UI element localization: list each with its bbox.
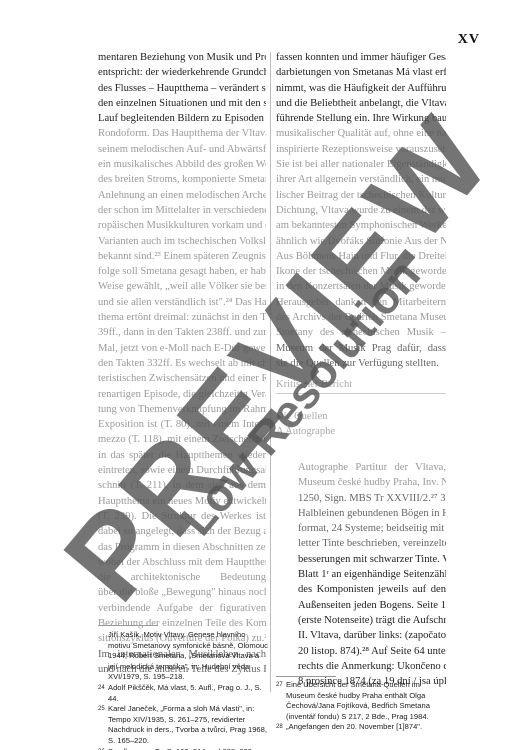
text-line: in den Konzertsälen der Musik geworden. xyxy=(276,279,446,294)
text-line: führende Stellung ein. Ihre Wirkung baut… xyxy=(276,111,446,126)
footnote: 26Smolka, a. a. O., S. 162–214 und 228–2… xyxy=(98,747,268,750)
text-line: teristischen Zwischensätzen und einer Ro… xyxy=(98,371,266,386)
text-line: mezzo (T. 118), mit einem Zwischenstück, xyxy=(98,432,266,447)
source-description: Autographe Partitur der Vltava,Museum če… xyxy=(298,460,446,689)
text-line: Anlehnung an einen melodischen Archetypu… xyxy=(98,188,266,203)
footnote-number: 27 xyxy=(276,680,283,691)
text-line: letter Tinte beschrieben, vereinzelte Ve… xyxy=(298,536,446,551)
footnote-text: Jiří Kašík, Motiv Vltavy. Genese hlavníh… xyxy=(108,630,268,681)
text-line: in das später die Hauptthemen wieder xyxy=(98,448,266,463)
text-line: Varianten auch im tschechischen Volkslie… xyxy=(98,234,266,249)
text-line: Halbleinen gebundenen Bögen in Hoch- xyxy=(298,506,446,521)
text-line: das Programm in diesen Abschnitten zeigt… xyxy=(98,540,266,555)
text-line: rechts die Anmerkung: Ukončeno dne xyxy=(298,659,446,674)
text-line: Dichtung, Vltava wurde zu einem der welt… xyxy=(276,203,446,218)
text-line: Autographe Partitur der Vltava, xyxy=(298,460,446,475)
text-line: lischer Beitrag der tschechischen Kultur… xyxy=(276,188,446,203)
text-line: den einzelnen Situationen und mit den se… xyxy=(98,96,266,111)
text-line: Rondoform. Das Hauptthema der Vltava, in xyxy=(98,126,266,141)
text-line: des Komponisten jeweils auf den xyxy=(298,582,446,597)
text-line: Museum české hudby Praha, Inv. Nr. xyxy=(298,475,446,490)
text-line: Sie ist bei aller nationaler Eigenständi… xyxy=(276,157,446,172)
text-line: musikalischer Qualität auf, ohne eine na… xyxy=(276,126,446,141)
text-line: Lauf begleitenden Bildern zu Episoden ei… xyxy=(98,111,266,126)
text-line: mentaren Beziehung von Musik und Program… xyxy=(98,50,266,65)
document-page: XV mentaren Beziehung von Musik und Prog… xyxy=(0,0,530,750)
source-siglum: A Autographe xyxy=(276,424,335,439)
text-line: (erste Notenseite) trägt die Aufschrift: xyxy=(298,613,446,628)
text-line: Beziehung der einzelnen Teile des Kompo- xyxy=(98,616,266,631)
text-line: 1250, Sign. MBS Tr XXVIII/2.²⁷ 32 in xyxy=(298,491,446,506)
footnote-number: 25 xyxy=(98,704,105,715)
text-line: 20 listop. 874).²⁸ Auf Seite 64 unten xyxy=(298,644,446,659)
text-line: Ikone der tschechischen Musik geworden, xyxy=(276,264,446,279)
text-line: Aus Böhmens Hain und Flur, die Dreiteile… xyxy=(276,249,446,264)
footnote-rule-left xyxy=(98,625,158,626)
left-text-column: mentaren Beziehung von Musik und Program… xyxy=(98,50,266,677)
text-line: des Flusses – Hauptthema – verändert sic… xyxy=(98,81,266,96)
text-line: nimmt, was die Häufigkeit der Aufführung… xyxy=(276,81,446,96)
text-line: 39ff., dann in den Takten 238ff. und zum… xyxy=(98,325,266,340)
text-line: ähnlich wie Dvořáks Sinfonie Aus der Neu… xyxy=(276,234,446,249)
text-line: ein musikalisches Abbild des großen Woge… xyxy=(98,157,266,172)
text-line: II. Vltava, darüber links: (započato dne xyxy=(298,628,446,643)
sources-label: Die Quellen A Autographe xyxy=(276,409,335,440)
text-line: Exposition ist (T. 80), mit einem Inter- xyxy=(98,417,266,432)
column-divider xyxy=(270,52,271,692)
footnote: 28„Angefangen den 20. November [1]874". xyxy=(276,722,448,733)
text-line: format, 24 Systeme; beidseitig mit vio- xyxy=(298,521,446,536)
footnote: Jiří Kašík, Motiv Vltavy. Genese hlavníh… xyxy=(98,630,268,683)
text-line: bekannt sind.²³ Einem späteren Zeugnis z… xyxy=(98,249,266,264)
footnote: 25Karel Janeček, „Forma a sloh Má vlasti… xyxy=(98,704,268,746)
section-heading: Kritischer Bericht xyxy=(276,379,446,394)
text-line: (T. 239). Die Struktur des Werkes ist xyxy=(98,509,266,524)
text-line: Mal, jetzt von e-Moll nach E-Dur gewende… xyxy=(98,341,266,356)
text-line: thema ertönt dreimal: zunächst in den Ta… xyxy=(98,310,266,325)
text-line: des Archivs der Bedřich Smetana Museum B… xyxy=(276,310,446,325)
text-line: verbindende Aufgabe der figurativen xyxy=(98,601,266,616)
text-line: und die Beliebtheit anbelangt, die Vltav… xyxy=(276,96,446,111)
text-line: Außenseiten jeden Bogens. Seite 1 xyxy=(298,598,446,613)
footnote-text: Adolf Pikščěk, Má vlast, 5. Aufl., Prag … xyxy=(108,683,262,703)
footnote-number: 28 xyxy=(276,722,283,733)
text-line: besserungen mit schwarzer Tinte. Von xyxy=(298,552,446,567)
text-line: dabei so angelegt, dass sich der Bezug a… xyxy=(98,524,266,539)
footnote-number: 24 xyxy=(98,683,105,694)
text-line: des breiten Stroms, komponierte Smetana … xyxy=(98,172,266,187)
footnote-text: Eine Übersicht der Smetana-Quellen im Mu… xyxy=(286,680,430,721)
text-line: wobei der Abschluss mit dem Hauptthema v… xyxy=(98,555,266,570)
footnotes-left: Jiří Kašík, Motiv Vltavy. Genese hlavníh… xyxy=(98,630,268,750)
footnote-text: Karel Janeček, „Forma a sloh Má vlasti",… xyxy=(108,704,267,745)
page-number: XV xyxy=(458,32,480,48)
text-line: am bekanntesten Symphonischen Werke, es … xyxy=(276,218,446,233)
text-line: die architektonische Bedeutung xyxy=(98,570,266,585)
footnote: 27Eine Übersicht der Smetana-Quellen im … xyxy=(276,680,448,722)
text-line: ropäischen Musikkulturen vorkam und dess… xyxy=(98,218,266,233)
footnote-rule-right xyxy=(276,676,336,677)
text-line: ihrer Art allgemein verständlich, ein mu… xyxy=(276,172,446,187)
text-line: schnitt (T. 211), in dem sich aus dem xyxy=(98,478,266,493)
text-line: eintreten, sowie einem Durchführungsab- xyxy=(98,463,266,478)
text-line: Blatt 1ʳ an eigenhändige Seitenzählung xyxy=(298,567,446,582)
text-line: tung von Themenverknüpfung im Rahmen der xyxy=(98,402,266,417)
footnote-text: „Angefangen den 20. November [1]874". xyxy=(286,722,422,731)
text-line: darbietungen von Smetanas Má vlast erfol… xyxy=(276,65,446,80)
text-line: sie die Quellen zur Verfügung stellten. xyxy=(276,356,446,371)
text-line: Herausgeber danken den Mitarbeitern xyxy=(276,295,446,310)
text-line: und sie allen verständlich ist".²⁴ Das H… xyxy=(98,295,266,310)
footnote-text: Smolka, a. a. O., S. 162–214 und 228–239… xyxy=(108,747,254,750)
text-line: entspricht: der wiederkehrende Grundchar… xyxy=(98,65,266,80)
text-line: Museum der Musik Prag dafür, dass xyxy=(276,341,446,356)
footnotes-right: 27Eine Übersicht der Smetana-Quellen im … xyxy=(276,680,448,733)
text-line: folge soll Smetana gesagt haben, er habe… xyxy=(98,264,266,279)
text-line: der schon im Mittelalter in verschiedene… xyxy=(98,203,266,218)
text-line: über die bloße „Bewegung" hinaus noch di… xyxy=(98,585,266,600)
text-line: Hauptthema ein neues Motiv entwickelt xyxy=(98,494,266,509)
text-line: renartigen Episode, die gleichzeitig Ver… xyxy=(98,387,266,402)
text-line: fassen konnten und immer häufiger Gesamt… xyxy=(276,50,446,65)
footnote-number: 26 xyxy=(98,747,105,750)
footnote: 24Adolf Pikščěk, Má vlast, 5. Aufl., Pra… xyxy=(98,683,268,704)
text-line: Smetany des tschechischen Musik – xyxy=(276,325,446,340)
text-line: Weise gewählt, „weil alle Völker sie bes… xyxy=(98,279,266,294)
text-line: inspirierte Rezeptionsweise vorauszusetz… xyxy=(276,142,446,157)
right-text-column: fassen konnten und immer häufiger Gesamt… xyxy=(276,50,446,371)
text-line: den Takten 332ff. Es wechselt ab mit cha… xyxy=(98,356,266,371)
text-line: seinem melodischen Auf- und Abwärtsfließ… xyxy=(98,142,266,157)
sources-title: Die Quellen xyxy=(276,409,335,424)
